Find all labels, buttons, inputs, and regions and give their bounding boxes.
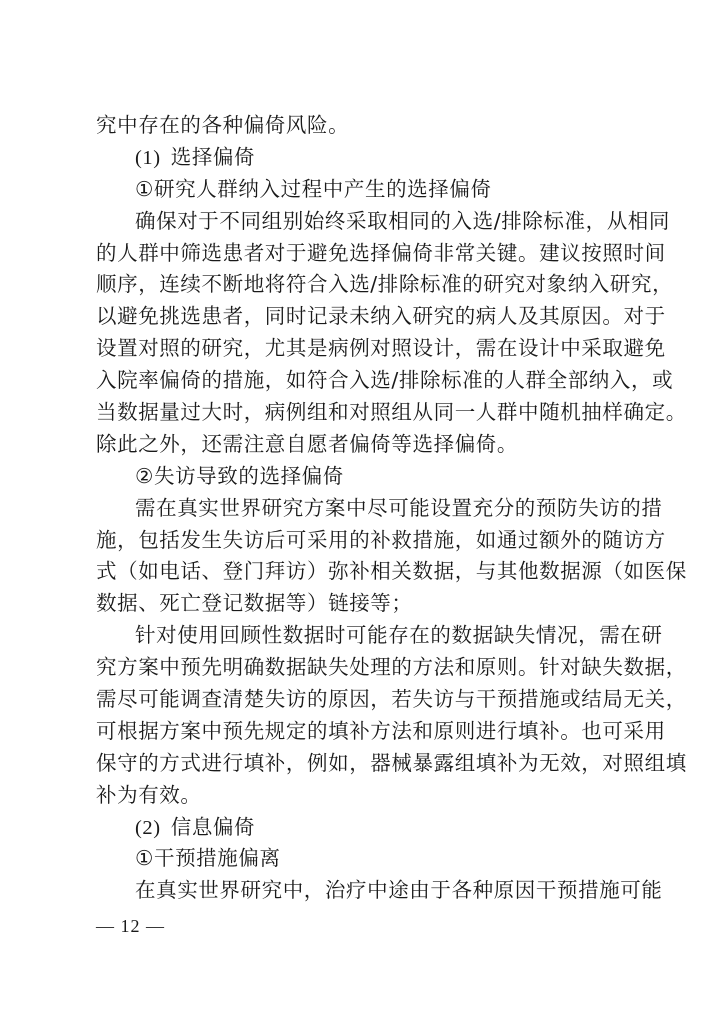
subsection-heading: ①研究人群纳入过程中产生的选择偏倚 bbox=[96, 174, 626, 206]
paragraph-line: 补为有效。 bbox=[96, 780, 626, 812]
paragraph-line: 入院率偏倚的措施，如符合入选/排除标准的人群全部纳入，或 bbox=[96, 365, 626, 397]
paragraph-line: 在真实世界研究中，治疗中途由于各种原因干预措施可能 bbox=[96, 875, 626, 907]
subsection-heading: ①干预措施偏离 bbox=[96, 843, 626, 875]
paragraph-line: 设置对照的研究，尤其是病例对照设计，需在设计中采取避免 bbox=[96, 333, 626, 365]
paragraph-line: 究方案中预先明确数据缺失处理的方法和原则。针对缺失数据， bbox=[96, 652, 626, 684]
paragraph-line: 顺序，连续不断地将符合入选/排除标准的研究对象纳入研究， bbox=[96, 269, 626, 301]
paragraph-line: 的人群中筛选患者对于避免选择偏倚非常关键。建议按照时间 bbox=[96, 238, 626, 270]
paragraph-line: 确保对于不同组别始终采取相同的入选/排除标准，从相同 bbox=[96, 206, 626, 238]
paragraph-line: 除此之外，还需注意自愿者偏倚等选择偏倚。 bbox=[96, 429, 626, 461]
paragraph-line: 当数据量过大时，病例组和对照组从同一人群中随机抽样确定。 bbox=[96, 397, 626, 429]
paragraph-line: 可根据方案中预先规定的填补方法和原则进行填补。也可采用 bbox=[96, 716, 626, 748]
section-title: 信息偏倚 bbox=[171, 815, 255, 839]
paragraph-line: 针对使用回顾性数据时可能存在的数据缺失情况，需在研 bbox=[96, 620, 626, 652]
paragraph-line: 保守的方式进行填补，例如，器械暴露组填补为无效，对照组填 bbox=[96, 748, 626, 780]
subsection-heading: ②失访导致的选择偏倚 bbox=[96, 461, 626, 493]
paragraph-line: 施，包括发生失访后可采用的补救措施，如通过额外的随访方 bbox=[96, 525, 626, 557]
page-number: — 12 — bbox=[96, 916, 165, 937]
paragraph-line: 究中存在的各种偏倚风险。 bbox=[96, 110, 626, 142]
paragraph-line: 数据、死亡登记数据等）链接等； bbox=[96, 588, 626, 620]
paragraph-line: 式（如电话、登门拜访）弥补相关数据，与其他数据源（如医保 bbox=[96, 556, 626, 588]
section-title: 选择偏倚 bbox=[171, 145, 255, 169]
section-heading-selection-bias: (1)选择偏倚 bbox=[96, 142, 626, 174]
paragraph-line: 需尽可能调查清楚失访的原因，若失访与干预措施或结局无关， bbox=[96, 684, 626, 716]
paragraph-line: 以避免挑选患者，同时记录未纳入研究的病人及其原因。对于 bbox=[96, 301, 626, 333]
paragraph-line: 需在真实世界研究方案中尽可能设置充分的预防失访的措 bbox=[96, 493, 626, 525]
section-heading-information-bias: (2)信息偏倚 bbox=[96, 812, 626, 844]
section-number: (1) bbox=[135, 147, 161, 169]
section-number: (2) bbox=[135, 817, 161, 839]
document-body: 究中存在的各种偏倚风险。 (1)选择偏倚 ①研究人群纳入过程中产生的选择偏倚 确… bbox=[96, 110, 626, 907]
